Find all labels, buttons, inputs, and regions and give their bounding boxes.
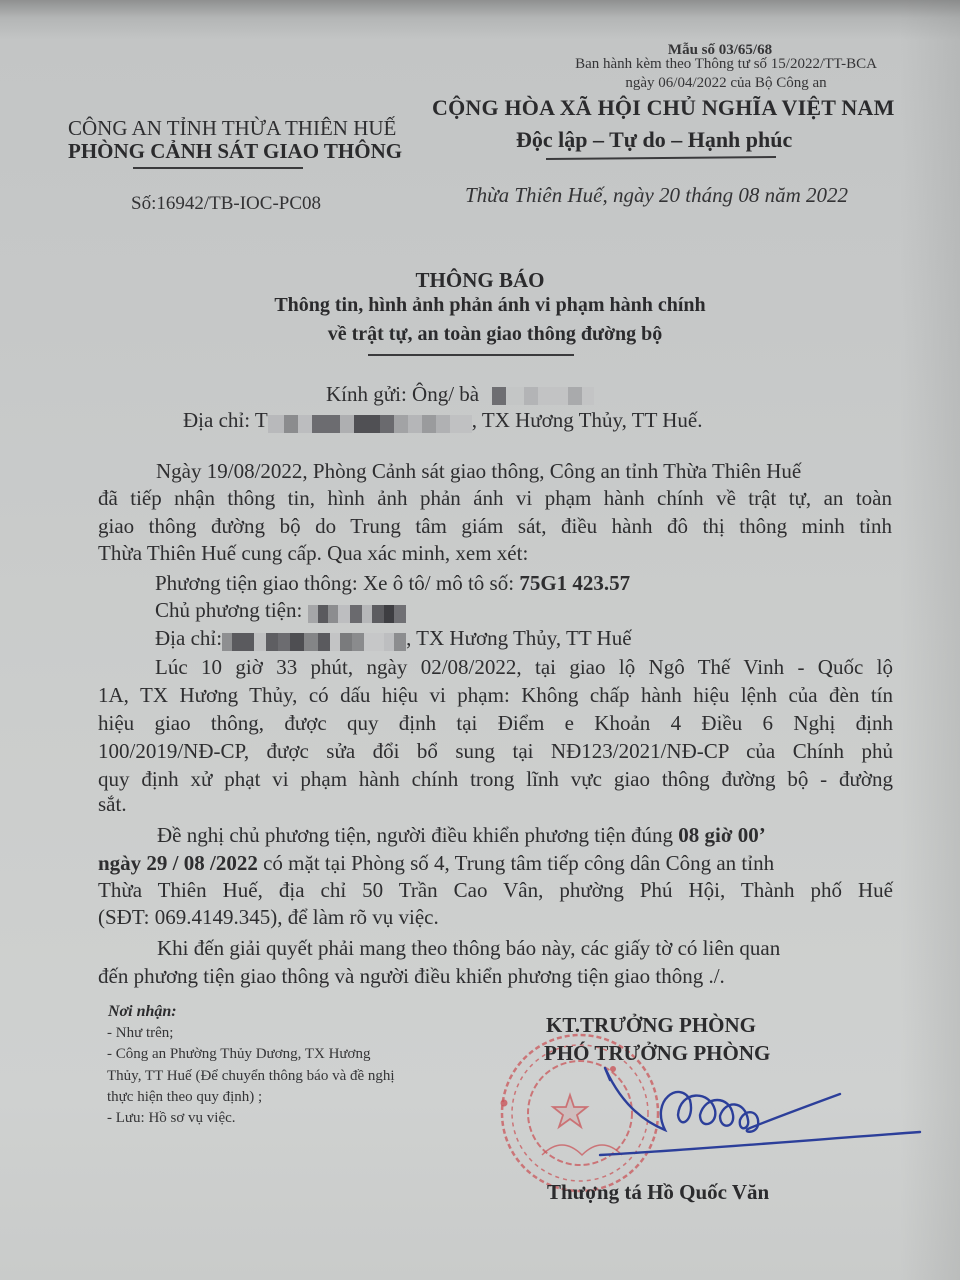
recipient-line-1: - Như trên; <box>107 1025 173 1042</box>
recipient-line-5: - Lưu: Hồ sơ vụ việc. <box>107 1110 236 1127</box>
recipients-title: Nơi nhận: <box>108 1003 177 1021</box>
national-title: CỘNG HÒA XÃ HỘI CHỦ NGHĨA VIỆT NAM <box>432 95 895 121</box>
form-issued-date: ngày 06/04/2022 của Bộ Công an <box>548 75 904 92</box>
redacted-owner-address <box>222 628 406 653</box>
agency-underline <box>133 167 303 169</box>
violation-line-5: quy định xử phạt vi phạm hành chính tron… <box>98 767 893 792</box>
request-text: Đề nghị chủ phương tiện, người điều khiể… <box>157 823 678 847</box>
recipient-line-2: - Công an Phường Thủy Dương, TX Hương <box>107 1046 370 1063</box>
address-tail: , TX Hương Thủy, TT Huế. <box>472 408 703 432</box>
request-line-2: ngày 29 / 08 /2022 có mặt tại Phòng số 4… <box>98 851 774 876</box>
para1-line-4: Thừa Thiên Huế cung cấp. Qua xác minh, x… <box>98 541 528 566</box>
violation-line-1: Lúc 10 giờ 33 phút, ngày 02/08/2022, tại… <box>155 655 893 680</box>
violation-line-6: sắt. <box>98 792 127 817</box>
redacted-owner <box>308 600 406 625</box>
para1-line-2: đã tiếp nhận thông tin, hình ảnh phản án… <box>98 486 892 511</box>
document-number: Số:16942/TB-IOC-PC08 <box>131 193 321 215</box>
para1-line-1: Ngày 19/08/2022, Phòng Cảnh sát giao thô… <box>156 459 892 484</box>
document-title: THÔNG BÁO <box>0 268 960 293</box>
national-motto: Độc lập – Tự do – Hạnh phúc <box>516 127 792 153</box>
greeting-text: Kính gửi: Ông/ bà <box>326 382 479 406</box>
owner-address-label: Địa chỉ: <box>155 626 222 650</box>
vehicle-info: Phương tiện giao thông: Xe ô tô/ mô tô s… <box>155 571 630 596</box>
redacted-name <box>492 382 594 407</box>
appointment-time: 08 giờ 00’ <box>678 823 765 847</box>
request-location: có mặt tại Phòng số 4, Trung tâm tiếp cô… <box>258 851 774 875</box>
handwritten-signature-icon <box>570 1060 930 1170</box>
owner-address-tail: , TX Hương Thủy, TT Huế <box>406 626 631 650</box>
owner-info: Chủ phương tiện: <box>155 598 406 625</box>
appointment-date: ngày 29 / 08 /2022 <box>98 851 258 875</box>
address-label: Địa chỉ: T <box>183 408 268 432</box>
vehicle-label: Phương tiện giao thông: Xe ô tô/ mô tô s… <box>155 571 519 595</box>
owner-address: Địa chỉ: , TX Hương Thủy, TT Huế <box>155 626 632 653</box>
request-line-4: (SĐT: 069.4149.345), để làm rõ vụ việc. <box>98 905 439 930</box>
subtitle-underline <box>368 354 574 356</box>
owner-label: Chủ phương tiện: <box>155 598 302 622</box>
document-subtitle-1: Thông tin, hình ảnh phản ánh vi phạm hàn… <box>0 294 960 317</box>
signer-name: Thượng tá Hồ Quốc Văn <box>547 1180 769 1205</box>
agency-department: PHÒNG CẢNH SÁT GIAO THÔNG <box>68 139 402 164</box>
recipient-line-4: thực hiện theo quy định) ; <box>107 1089 262 1106</box>
form-issued-with: Ban hành kèm theo Thông tư số 15/2022/TT… <box>548 56 904 73</box>
addressee-address: Địa chỉ: T , TX Hương Thủy, TT Huế. <box>183 408 703 435</box>
document-subtitle-2: về trật tự, an toàn giao thông đường bộ <box>0 323 960 346</box>
violation-line-4: 100/2019/NĐ-CP, được sửa đổi bổ sung tại… <box>98 739 893 764</box>
para1-line-3: giao thông đường bộ do Trung tâm giám sá… <box>98 514 892 539</box>
violation-line-3: hiệu giao thông, được quy định tại Điểm … <box>98 711 893 736</box>
closing-line-2: đến phương tiện giao thông và người điều… <box>98 964 725 989</box>
request-line-3: Thừa Thiên Huế, địa chỉ 50 Trần Cao Vân,… <box>98 878 893 903</box>
vehicle-plate: 75G1 423.57 <box>519 571 630 595</box>
closing-line-1: Khi đến giải quyết phải mang theo thông … <box>157 936 780 961</box>
recipient-line-3: Thủy, TT Huế (Để chuyển thông báo và đề … <box>107 1068 395 1085</box>
place-date: Thừa Thiên Huế, ngày 20 tháng 08 năm 202… <box>465 183 848 208</box>
request-line-1: Đề nghị chủ phương tiện, người điều khiể… <box>157 823 766 848</box>
signature-position-1: KT.TRƯỞNG PHÒNG <box>546 1013 756 1038</box>
motto-underline <box>546 156 776 160</box>
agency-parent: CÔNG AN TỈNH THỪA THIÊN HUẾ <box>68 116 396 141</box>
violation-line-2: 1A, TX Hương Thủy, có dấu hiệu vi phạm: … <box>98 683 893 708</box>
redacted-address <box>268 410 472 435</box>
addressee-greeting: Kính gửi: Ông/ bà <box>326 382 594 407</box>
